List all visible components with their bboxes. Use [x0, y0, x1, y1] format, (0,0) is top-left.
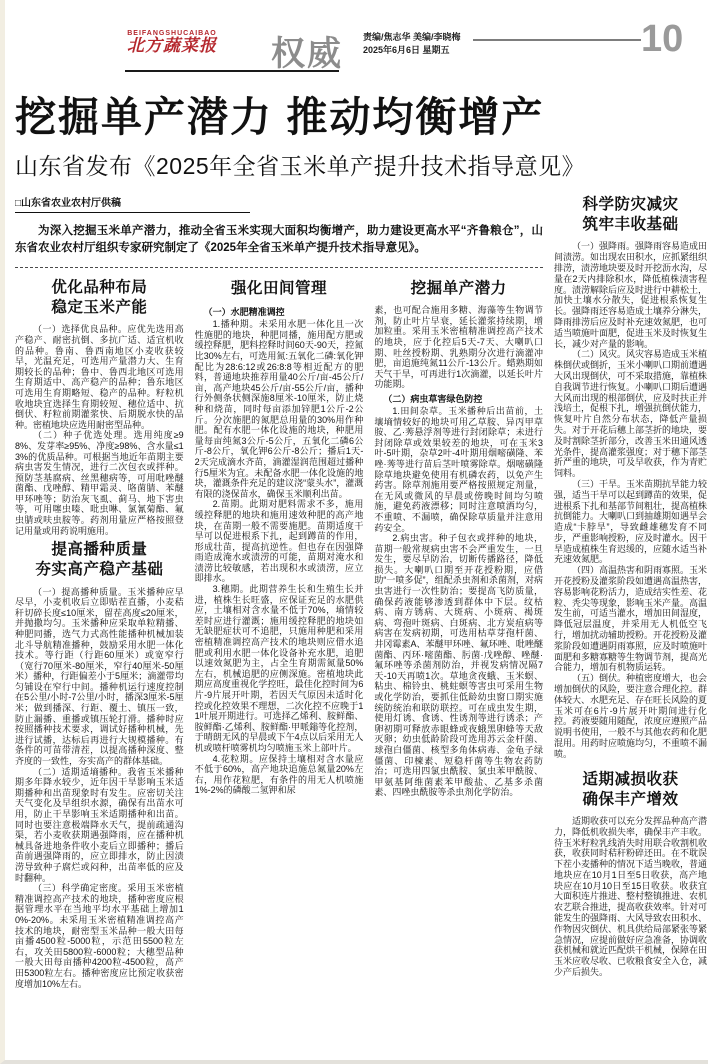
byline: □山东省农业农村厅供稿 — [15, 194, 250, 213]
subsection-pest-control: （二）病虫草害绿色防控 — [374, 392, 543, 405]
intro-paragraph: 为深入挖掘玉米单产潜力，推动全省玉米实现大面积均衡增产，助力建设更高水平“齐鲁粮… — [15, 223, 543, 257]
paragraph: （三）科学确定密度。采用玉米密植精准调控高产技术的地块，播种密度应根据管理水平在… — [15, 883, 184, 989]
section-head-harvest: 适期减损收获 确保丰产增效 — [554, 770, 707, 810]
paragraph: （四）高温热害和阴雨寡照。玉米开花授粉及灌浆阶段如遭遇高温热害，容易影响花粉活力… — [554, 565, 707, 673]
right-column-body2: 适期收获可以充分发挥品种高产潜力，降低机收损失率，确保丰产丰收。待玉米籽粒乳线消… — [554, 816, 707, 978]
header-rule — [473, 39, 641, 41]
paragraph: 3.穗期。此期营养生长和生殖生长并进，植株生长旺盛，应保证充足的水肥供应，土壤相… — [195, 584, 364, 754]
column1-part1: （一）选择优良品种。应优先选用高产稳产、耐密抗倒、多抗广适、适宜机收的品种。鲁南… — [15, 324, 184, 536]
paragraph: （一）选择优良品种。应优先选用高产稳产、耐密抗倒、多抗广适、适宜机收的品种。鲁南… — [15, 324, 184, 430]
brand-label: 权威 — [271, 26, 343, 75]
paragraph: （三）干旱。玉米苗期抗旱能力较强，适当干旱可以起到蹲苗的效果，促进根系下扎和基部… — [554, 479, 707, 565]
section-head-line: 科学防灾减灾 — [554, 195, 707, 215]
section-head-variety: 优化品种布局 稳定玉米产能 — [15, 278, 184, 318]
right-column-body: （一）强降雨。强降雨容易造成田间渍涝。如出现农田积水，应抓紧组织排涝，渍涝地块要… — [554, 241, 707, 759]
paragraph: （一）提高播种质量。玉米播种应早尽早，小麦机收后立即贴茬直播，小麦秸秆切碎长度≤… — [15, 587, 184, 767]
section-head-line: 适期减损收获 — [554, 770, 707, 790]
page-number: 10 — [641, 18, 683, 61]
editor-info: 责编/焦志华 美编/李晓梅 2025年6月6日 星期五 — [363, 31, 461, 57]
section-head-line: 提高播种质量 — [15, 540, 184, 560]
section-head-line: 优化品种布局 — [15, 278, 184, 298]
left-zone: □山东省农业农村厅供稿 为深入挖掘玉米单产潜力，推动全省玉米实现大面积均衡增产，… — [15, 193, 543, 989]
paragraph: （一）强降雨。强降雨容易造成田间渍涝。如出现农田积水，应抓紧组织排涝，渍涝地块要… — [554, 241, 707, 349]
editors-line: 责编/焦志华 美编/李晓梅 — [363, 31, 461, 44]
section-head-line: 夯实高产稳产基础 — [15, 560, 184, 580]
column2-body: 1.播种期。未采用水肥一体化且一次性施肥的地块，种肥同播，施用配方肥或缓控释肥，… — [195, 319, 364, 796]
paragraph: （二）风灾。风灾容易造成玉米植株倒伏或倒折，玉米小喇叭口期前遭遇大风出现倒伏，可… — [554, 349, 707, 479]
paragraph: 2.苗期。此期对肥料需求不多，施用缓控释肥的地块和施用速效种肥的高产地块，在苗期… — [195, 499, 364, 584]
masthead-chinese: 北方蔬菜报 — [127, 37, 217, 55]
column3-body: 1.田间杂草。玉米播种后出苗前，土壤墒情较好的地块可用乙草胺、异丙甲草胺、乙·莠… — [374, 406, 543, 798]
headline: 挖掘单产潜力 推动均衡增产 — [15, 95, 707, 140]
section-head-yield-potential: 挖掘单产潜力 — [374, 279, 543, 299]
section-head-line: 稳定玉米产能 — [15, 298, 184, 318]
section-head-line: 确保丰产增效 — [554, 790, 707, 810]
paragraph: 4.花粒期。应保持土壤相对含水量应不低于60%，高产地块追施总氮量20%左右，用… — [195, 754, 364, 796]
section-head-field-management: 强化田间管理 — [195, 279, 364, 299]
masthead-underline — [125, 70, 339, 72]
masthead-logo: BEIFANGSHUCAIBAO 北方蔬菜报 — [127, 30, 217, 55]
paragraph: 素，也可配合施用多糖、海藻等生物调节剂，防止叶片早衰，延长灌浆持续期，增加粒重。… — [374, 305, 543, 390]
three-column-grid: 优化品种布局 稳定玉米产能 （一）选择优良品种。应优先选用高产稳产、耐密抗倒、多… — [15, 274, 543, 989]
subheadline: 山东省发布《2025年全省玉米单产提升技术指导意见》 — [15, 148, 707, 181]
section-head-disaster: 科学防灾减灾 筑牢丰收基础 — [554, 195, 707, 235]
section-head-sowing: 提高播种质量 夯实高产稳产基础 — [15, 540, 184, 580]
right-column: 科学防灾减灾 筑牢丰收基础 （一）强降雨。强降雨容易造成田间渍涝。如出现农田积水… — [543, 193, 707, 989]
columns-wrapper: □山东省农业农村厅供稿 为深入挖掘玉米单产潜力，推动全省玉米实现大面积均衡增产，… — [15, 193, 707, 989]
subsection-water-fertilizer: （一）水肥精准调控 — [195, 305, 364, 318]
column-2: 强化田间管理 （一）水肥精准调控 1.播种期。未采用水肥一体化且一次性施肥的地块… — [195, 274, 364, 989]
paragraph: 1.田间杂草。玉米播种后出苗前，土壤墒情较好的地块可用乙草胺、异丙甲草胺、乙·莠… — [374, 406, 543, 533]
article: 挖掘单产潜力 推动均衡增产 山东省发布《2025年全省玉米单产提升技术指导意见》… — [15, 95, 707, 989]
paragraph: 2.病虫害。种子包衣或拌种的地块，苗期一般常规病虫害不会严重发生，一旦发生，要尽… — [374, 533, 543, 798]
column3-continuation: 素，也可配合施用多糖、海藻等生物调节剂，防止叶片早衰，延长灌浆持续期，增加粒重。… — [374, 305, 543, 390]
paragraph: （五）倒伏。种植密度增大，也会增加倒伏的风险，要注意合理化控。群体较大、水肥充足… — [554, 673, 707, 759]
paragraph: （二）种子优选处理。选用纯度≥98%、发芽率≥95%、净度≥98%、含水量≤13… — [15, 430, 184, 536]
newspaper-page: BEIFANGSHUCAIBAO 北方蔬菜报 权威 责编/焦志华 美编/李晓梅 … — [0, 0, 708, 1064]
dashed-separator — [15, 267, 543, 268]
paragraph: 适期收获可以充分发挥品种高产潜力，降低机收损失率，确保丰产丰收。待玉米籽粒乳线消… — [554, 816, 707, 978]
column1-part2: （一）提高播种质量。玉米播种应早尽早，小麦机收后立即贴茬直播，小麦秸秆切碎长度≤… — [15, 587, 184, 990]
date-line: 2025年6月6日 星期五 — [363, 44, 461, 57]
column-1: 优化品种布局 稳定玉米产能 （一）选择优良品种。应优先选用高产稳产、耐密抗倒、多… — [15, 274, 184, 989]
paragraph: 1.播种期。未采用水肥一体化且一次性施肥的地块，种肥同播，施用配方肥或缓控释肥，… — [195, 319, 364, 499]
paragraph: （二）适期适墒播种。我省玉米播种期多年降水较少，近年因干旱影响玉米适期播种和出苗… — [15, 767, 184, 884]
column-3: 挖掘单产潜力 素，也可配合施用多糖、海藻等生物调节剂，防止叶片早衰，延长灌浆持续… — [374, 274, 543, 989]
section-head-line: 筑牢丰收基础 — [554, 215, 707, 235]
